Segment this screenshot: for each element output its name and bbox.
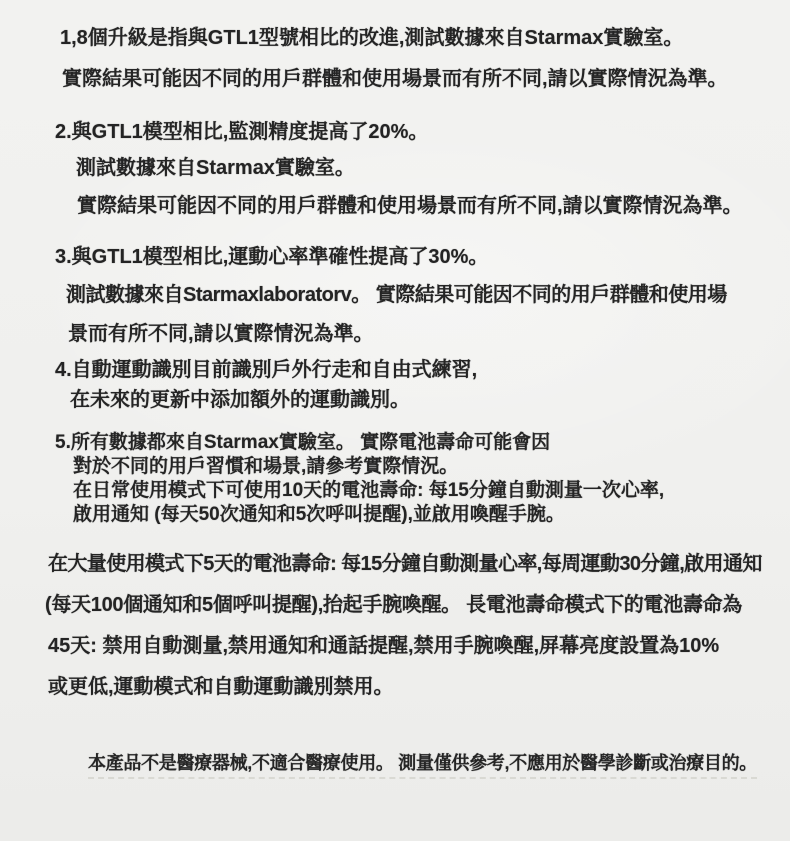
- note-2-line-2: 測試數據來自Starmax實驗室。: [76, 157, 355, 180]
- product-disclaimer-page: 1,8個升級是指與GTL1型號相比的改進,測試數據來自Starmax實驗室。 實…: [0, 0, 790, 841]
- battery-modes-line-3: 45天: 禁用自動測量,禁用通知和通話提醒,禁用手腕喚醒,屏幕亮度設置為10%: [48, 635, 719, 658]
- note-1-line-1: 1,8個升級是指與GTL1型號相比的改進,測試數據來自Starmax實驗室。: [60, 27, 683, 50]
- note-3-line-3: 景而有所不同,請以實際情況為準。: [68, 323, 374, 346]
- note-4-line-2: 在未來的更新中添加額外的運動識別。: [70, 389, 410, 412]
- battery-modes-line-4: 或更低,運動模式和自動運動識別禁用。: [48, 676, 394, 699]
- note-2-line-3: 實際結果可能因不同的用戶群體和使用場景而有所不同,請以實際情況為準。: [77, 195, 743, 218]
- battery-modes-line-1: 在大量使用模式下5天的電池壽命: 每15分鐘自動測量心率,每周運動30分鐘,啟用…: [48, 553, 762, 576]
- note-5-line-3: 在日常使用模式下可使用10天的電池壽命: 每15分鐘自動測量一次心率,: [73, 480, 664, 502]
- note-1-line-2: 實際結果可能因不同的用戶群體和使用場景而有所不同,請以實際情況為準。: [62, 68, 728, 91]
- note-5-line-2: 對於不同的用戶習慣和場景,請參考實際情況。: [73, 456, 458, 478]
- note-5-line-1: 5.所有數據都來自Starmax實驗室。 實際電池壽命可能會因: [55, 432, 550, 454]
- note-4-line-1: 4.自動運動識別目前識別戶外行走和自由式練習,: [55, 359, 477, 382]
- note-2-line-1: 2.與GTL1模型相比,監測精度提高了20%。: [55, 121, 428, 144]
- note-3-line-1: 3.與GTL1模型相比,運動心率準確性提高了30%。: [55, 246, 488, 269]
- note-3-line-2: 測試數據來自Starmaxlaboratorv。 實際結果可能因不同的用戶群體和…: [66, 284, 727, 307]
- battery-modes-line-2: (每天100個通知和5個呼叫提醒),抬起手腕喚醒。 長電池壽命模式下的電池壽命為: [45, 594, 742, 617]
- medical-disclaimer: 本產品不是醫療器械,不適合醫療使用。 測量僅供參考,不應用於醫學診斷或治療目的。: [88, 753, 757, 779]
- note-5-line-4: 啟用通知 (每天50次通知和5次呼叫提醒),並啟用喚醒手腕。: [73, 504, 565, 526]
